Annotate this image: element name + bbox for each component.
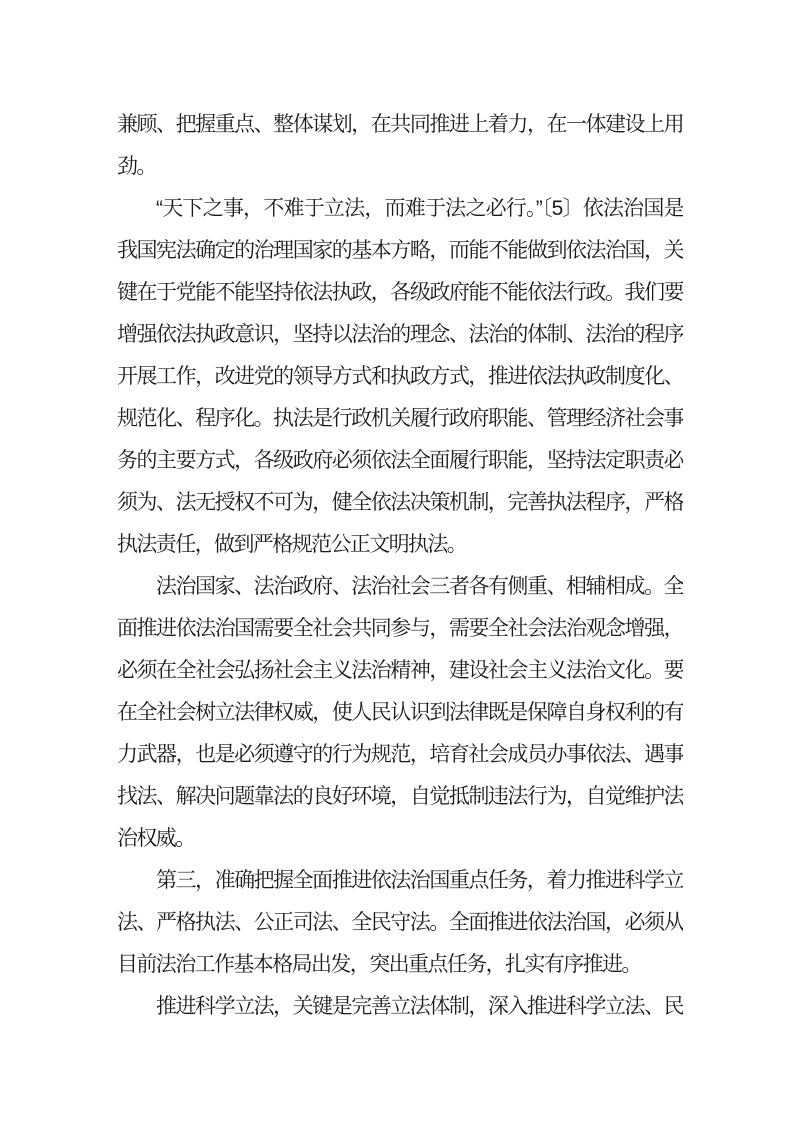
text-line: 在全社会树立法律权威，使人民认识到法律既是保障自身权利的有 bbox=[117, 692, 683, 734]
text-line: 增强依法执政意识，坚持以法治的理念、法治的体制、法治的程序 bbox=[117, 314, 683, 356]
document-page: 兼顾、把握重点、整体谋划，在共同推进上着力，在一体建设上用劲。“天下之事，不难于… bbox=[0, 0, 800, 1130]
text-line: 推进科学立法，关键是完善立法体制，深入推进科学立法、民 bbox=[117, 986, 683, 1028]
document-body: 兼顾、把握重点、整体谋划，在共同推进上着力，在一体建设上用劲。“天下之事，不难于… bbox=[117, 104, 683, 1028]
text-line: 力武器，也是必须遵守的行为规范，培育社会成员办事依法、遇事 bbox=[117, 734, 683, 776]
text-line: 开展工作，改进党的领导方式和执政方式，推进依法执政制度化、 bbox=[117, 356, 683, 398]
paragraph: 兼顾、把握重点、整体谋划，在共同推进上着力，在一体建设上用劲。 bbox=[117, 104, 683, 188]
paragraph: “天下之事，不难于立法，而难于法之必行。”〔5〕依法治国是我国宪法确定的治理国家… bbox=[117, 188, 683, 566]
text-line: 法、严格执法、公正司法、全民守法。全面推进依法治国，必须从 bbox=[117, 902, 683, 944]
text-line: 找法、解决问题靠法的良好环境，自觉抵制违法行为，自觉维护法 bbox=[117, 776, 683, 818]
text-line: 规范化、程序化。执法是行政机关履行政府职能、管理经济社会事 bbox=[117, 398, 683, 440]
text-line: 治权威。 bbox=[117, 818, 683, 860]
text-line: 目前法治工作基本格局出发，突出重点任务，扎实有序推进。 bbox=[117, 944, 683, 986]
text-line: 键在于党能不能坚持依法执政，各级政府能不能依法行政。我们要 bbox=[117, 272, 683, 314]
text-line: 须为、法无授权不可为，健全依法决策机制，完善执法程序，严格 bbox=[117, 482, 683, 524]
text-line: “天下之事，不难于立法，而难于法之必行。”〔5〕依法治国是 bbox=[117, 188, 683, 230]
paragraph: 法治国家、法治政府、法治社会三者各有侧重、相辅相成。全面推进依法治国需要全社会共… bbox=[117, 566, 683, 860]
paragraph: 推进科学立法，关键是完善立法体制，深入推进科学立法、民 bbox=[117, 986, 683, 1028]
text-line: 劲。 bbox=[117, 146, 683, 188]
text-line: 法治国家、法治政府、法治社会三者各有侧重、相辅相成。全 bbox=[117, 566, 683, 608]
text-line: 执法责任，做到严格规范公正文明执法。 bbox=[117, 524, 683, 566]
text-line: 务的主要方式，各级政府必须依法全面履行职能，坚持法定职责必 bbox=[117, 440, 683, 482]
text-line: 第三，准确把握全面推进依法治国重点任务，着力推进科学立 bbox=[117, 860, 683, 902]
text-line: 兼顾、把握重点、整体谋划，在共同推进上着力，在一体建设上用 bbox=[117, 104, 683, 146]
text-line: 必须在全社会弘扬社会主义法治精神，建设社会主义法治文化。要 bbox=[117, 650, 683, 692]
text-line: 面推进依法治国需要全社会共同参与，需要全社会法治观念增强， bbox=[117, 608, 683, 650]
text-line: 我国宪法确定的治理国家的基本方略，而能不能做到依法治国，关 bbox=[117, 230, 683, 272]
paragraph: 第三，准确把握全面推进依法治国重点任务，着力推进科学立法、严格执法、公正司法、全… bbox=[117, 860, 683, 986]
